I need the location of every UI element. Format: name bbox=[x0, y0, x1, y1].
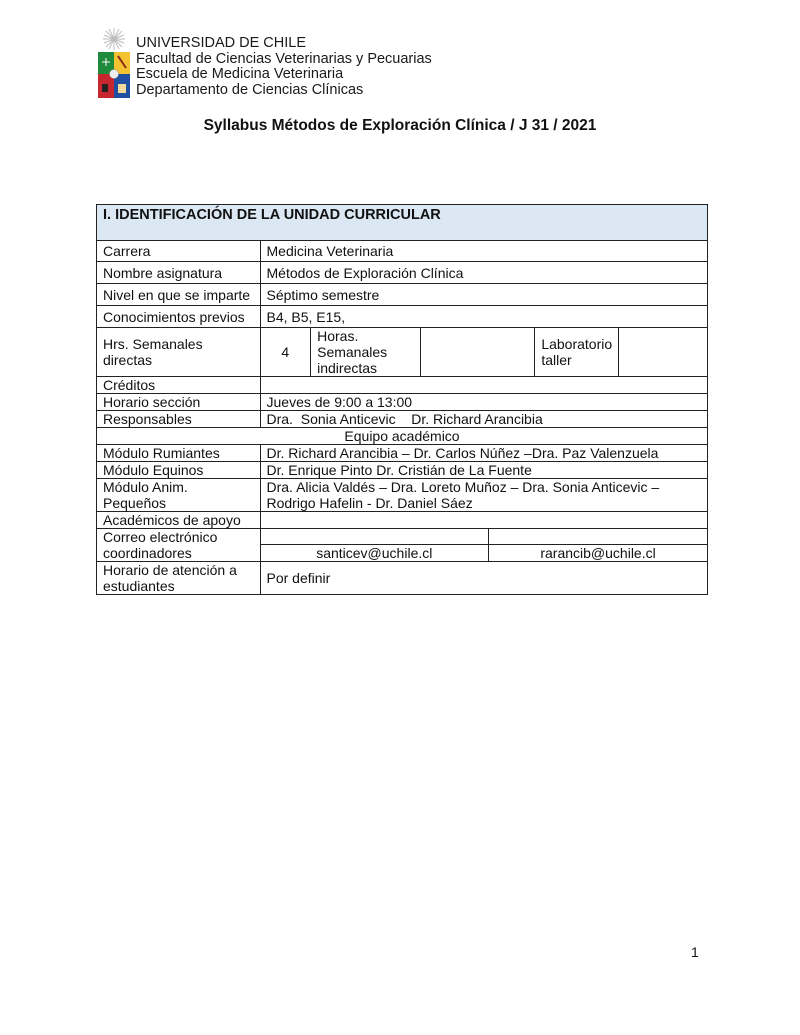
hours-direct-label: Hrs. Semanales directas bbox=[97, 328, 261, 377]
row-value bbox=[260, 512, 708, 529]
table-row: Carrera Medicina Veterinaria bbox=[97, 241, 708, 262]
identification-table: I. IDENTIFICACIÓN DE LA UNIDAD CURRICULA… bbox=[96, 204, 708, 595]
table-row: Académicos de apoyo bbox=[97, 512, 708, 529]
header-line-department: Departamento de Ciencias Clínicas bbox=[136, 83, 432, 99]
table-row: Nombre asignatura Métodos de Exploración… bbox=[97, 262, 708, 284]
document-title: Syllabus Métodos de Exploración Clínica … bbox=[0, 117, 800, 135]
row-value: Dra. Sonia Anticevic Dr. Richard Arancib… bbox=[260, 411, 708, 428]
row-label: Correo electrónico coordinadores bbox=[97, 529, 261, 562]
lab-label: Laboratorio taller bbox=[535, 328, 619, 377]
email-coordinator-1[interactable]: santicev@uchile.cl bbox=[260, 545, 489, 562]
row-label: Nombre asignatura bbox=[97, 262, 261, 284]
page-number: 1 bbox=[691, 944, 699, 960]
row-label: Horario de atención a estudiantes bbox=[97, 562, 261, 595]
table-row-hours: Hrs. Semanales directas 4 Horas. Semanal… bbox=[97, 328, 708, 377]
row-value: Por definir bbox=[260, 562, 708, 595]
table-row: Nivel en que se imparte Séptimo semestre bbox=[97, 284, 708, 306]
table-row: Conocimientos previos B4, B5, E15, bbox=[97, 306, 708, 328]
email-coordinator-2[interactable]: rarancib@uchile.cl bbox=[489, 545, 708, 562]
row-label: Carrera bbox=[97, 241, 261, 262]
row-label: Módulo Rumiantes bbox=[97, 445, 261, 462]
university-logo bbox=[96, 26, 132, 102]
section-heading-row: I. IDENTIFICACIÓN DE LA UNIDAD CURRICULA… bbox=[97, 205, 708, 241]
row-label: Académicos de apoyo bbox=[97, 512, 261, 529]
email-cell-empty bbox=[260, 529, 489, 545]
row-label: Conocimientos previos bbox=[97, 306, 261, 328]
header-line-faculty: Facultad de Ciencias Veterinarias y Pecu… bbox=[136, 52, 432, 68]
lab-value bbox=[619, 328, 708, 377]
row-label: Módulo Equinos bbox=[97, 462, 261, 479]
header-line-university: UNIVERSIDAD DE CHILE bbox=[136, 36, 432, 52]
row-value bbox=[260, 377, 708, 394]
header-line-school: Escuela de Medicina Veterinaria bbox=[136, 67, 432, 83]
table-row: Módulo Rumiantes Dr. Richard Arancibia –… bbox=[97, 445, 708, 462]
email-cell-empty bbox=[489, 529, 708, 545]
table-row-email: Correo electrónico coordinadores bbox=[97, 529, 708, 545]
hours-indirect-value bbox=[420, 328, 534, 377]
hours-direct-value: 4 bbox=[260, 328, 311, 377]
row-value: Jueves de 9:00 a 13:00 bbox=[260, 394, 708, 411]
row-label: Módulo Anim. Pequeños bbox=[97, 479, 261, 512]
table-row: Equipo académico bbox=[97, 428, 708, 445]
row-value: B4, B5, E15, bbox=[260, 306, 708, 328]
section-heading: I. IDENTIFICACIÓN DE LA UNIDAD CURRICULA… bbox=[97, 205, 708, 241]
row-value: Dra. Alicia Valdés – Dra. Loreto Muñoz –… bbox=[260, 479, 708, 512]
table-row: Horario sección Jueves de 9:00 a 13:00 bbox=[97, 394, 708, 411]
table-row: Módulo Anim. Pequeños Dra. Alicia Valdés… bbox=[97, 479, 708, 512]
institution-header: UNIVERSIDAD DE CHILE Facultad de Ciencia… bbox=[136, 36, 432, 98]
row-label: Responsables bbox=[97, 411, 261, 428]
table-row: Créditos bbox=[97, 377, 708, 394]
row-value: Dr. Richard Arancibia – Dr. Carlos Núñez… bbox=[260, 445, 708, 462]
row-value: Séptimo semestre bbox=[260, 284, 708, 306]
table-row: Horario de atención a estudiantes Por de… bbox=[97, 562, 708, 595]
row-value: Métodos de Exploración Clínica bbox=[260, 262, 708, 284]
row-value: Medicina Veterinaria bbox=[260, 241, 708, 262]
table-row: Responsables Dra. Sonia Anticevic Dr. Ri… bbox=[97, 411, 708, 428]
table-row: Módulo Equinos Dr. Enrique Pinto Dr. Cri… bbox=[97, 462, 708, 479]
team-heading: Equipo académico bbox=[97, 428, 708, 445]
row-value: Dr. Enrique Pinto Dr. Cristián de La Fue… bbox=[260, 462, 708, 479]
row-label: Nivel en que se imparte bbox=[97, 284, 261, 306]
row-label: Créditos bbox=[97, 377, 261, 394]
row-label: Horario sección bbox=[97, 394, 261, 411]
hours-indirect-label: Horas. Semanales indirectas bbox=[311, 328, 421, 377]
